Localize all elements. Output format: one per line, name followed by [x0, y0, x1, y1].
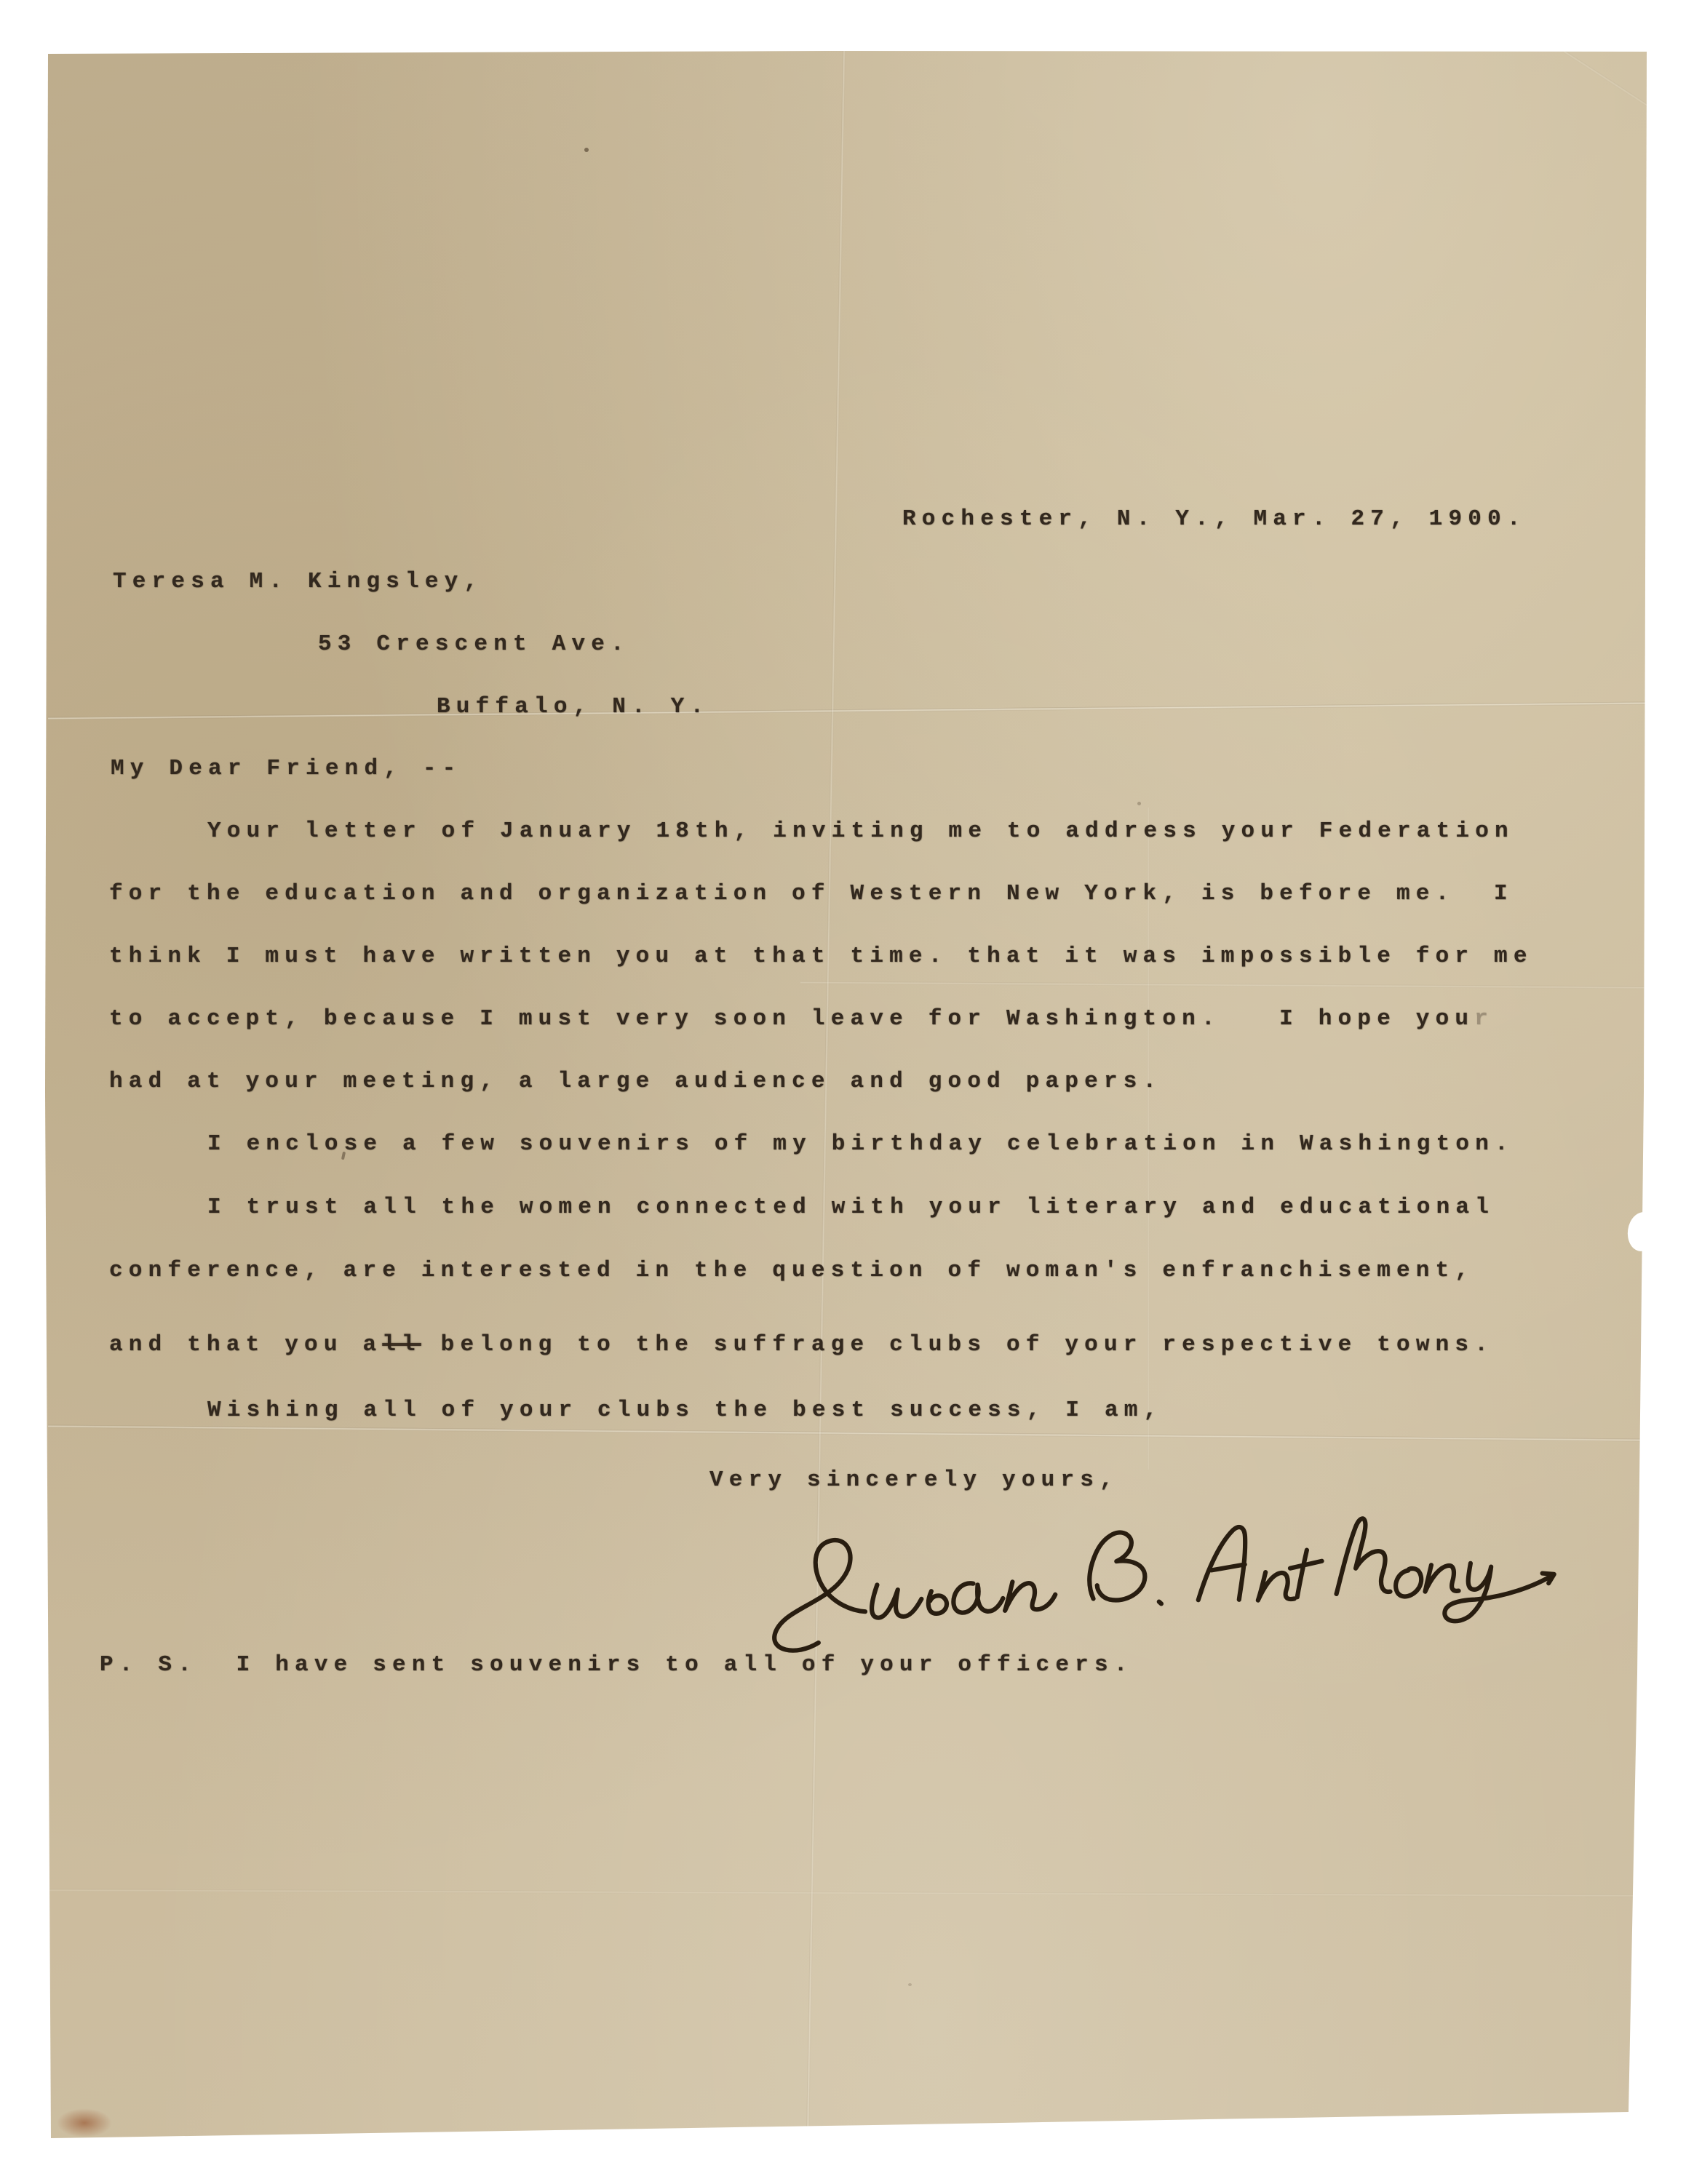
ink-speck: [908, 1983, 912, 1986]
body-line: I trust all the women connected with you…: [207, 1195, 1495, 1220]
horizontal-fold-crease: [48, 1424, 1646, 1441]
body-line: to accept, because I must very soon leav…: [109, 1007, 1494, 1032]
body-line-text: to accept, because I must very soon leav…: [109, 1006, 1474, 1032]
faded-character: r: [1474, 1006, 1494, 1032]
body-line: I enclose a few souvenirs of my birthday…: [207, 1132, 1514, 1157]
letter-paper-sheet: Rochester, N. Y., Mar. 27, 1900. Teresa …: [0, 0, 1694, 2184]
closing-line: Very sincerely yours,: [709, 1468, 1119, 1493]
corner-wrinkle-crease: [1514, 18, 1674, 124]
postscript-line: P. S. I have sent souvenirs to all of yo…: [100, 1653, 1134, 1678]
ink-speck: [1137, 802, 1141, 805]
ink-speck: [584, 148, 589, 152]
body-line: had at your meeting, a large audience an…: [109, 1069, 1162, 1094]
salutation: My Dear Friend, --: [111, 757, 461, 781]
signature-handwriting: [747, 1477, 1589, 1666]
horizontal-fold-crease: [48, 701, 1646, 720]
body-line-text: belong to the suffrage clubs of your res…: [421, 1332, 1494, 1358]
horizontal-fold-crease: [48, 1889, 1646, 1897]
body-line: and that you all belong to the suffrage …: [109, 1333, 1494, 1358]
overstruck-word: ll: [382, 1332, 421, 1358]
body-line-text: and that you a: [109, 1332, 382, 1358]
paper-stain: [57, 2108, 112, 2137]
recipient-city: Buffalo, N. Y.: [437, 695, 709, 720]
recipient-name: Teresa M. Kingsley,: [113, 570, 483, 594]
body-line: conference, are interested in the questi…: [109, 1259, 1474, 1283]
body-line: for the education and organization of We…: [109, 882, 1514, 906]
dateline: Rochester, N. Y., Mar. 27, 1900.: [902, 507, 1527, 532]
horizontal-fold-crease: [800, 981, 1645, 989]
recipient-street: 53 Crescent Ave.: [318, 632, 630, 657]
body-line: Wishing all of your clubs the best succe…: [207, 1398, 1163, 1423]
body-line: Your letter of January 18th, inviting me…: [207, 819, 1514, 844]
body-line: think I must have written you at that ti…: [109, 944, 1533, 969]
